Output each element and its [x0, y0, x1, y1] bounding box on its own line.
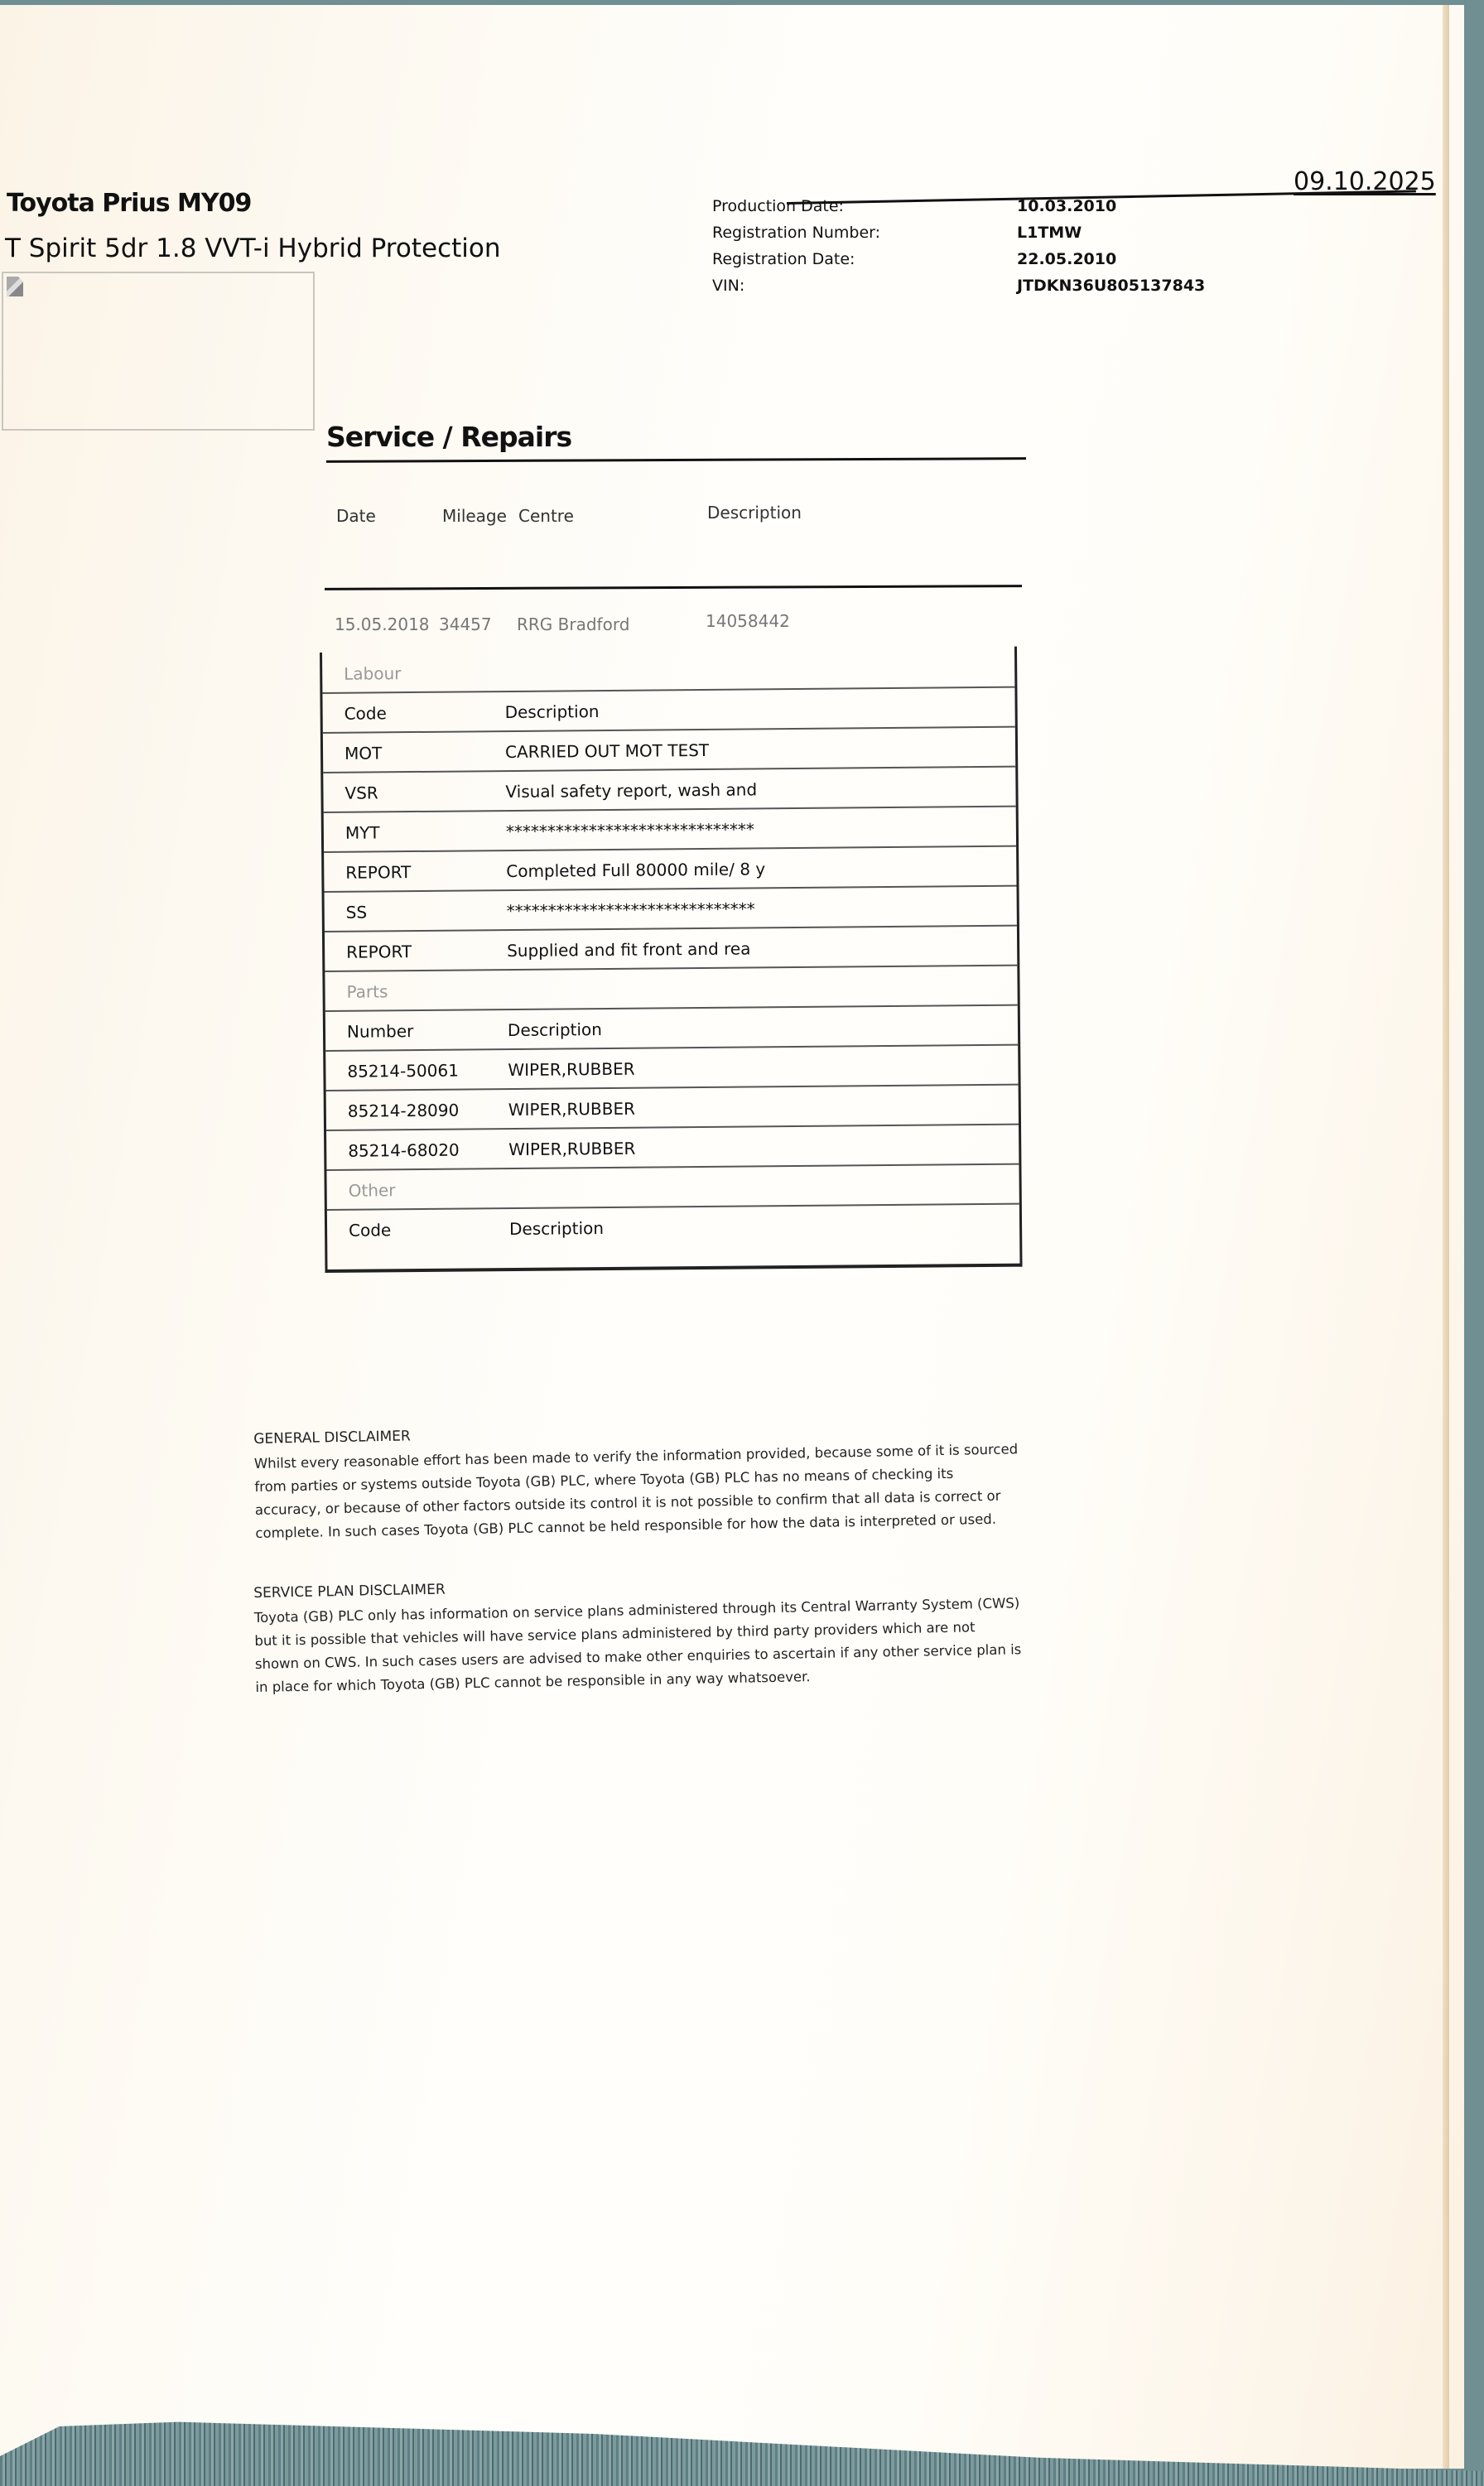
info-value: L1TMW	[1017, 219, 1082, 246]
other-header-row: Code Description	[327, 1203, 1019, 1249]
broken-image-icon	[7, 277, 23, 296]
divider	[326, 457, 1026, 463]
vehicle-image-placeholder	[2, 272, 315, 431]
divider	[325, 585, 1022, 590]
col-mileage: Mileage	[442, 506, 507, 526]
service-plan-disclaimer: SERVICE PLAN DISCLAIMER Toyota (GB) PLC …	[253, 1567, 1051, 1699]
info-value: 22.05.2010	[1017, 246, 1116, 272]
section-title: Service / Repairs	[326, 421, 571, 453]
document-page: Toyota Prius MY09 T Spirit 5dr 1.8 VVT-i…	[0, 5, 1464, 2469]
vehicle-info: Production Date: 10.03.2010 Registration…	[712, 193, 1205, 299]
vehicle-subtitle: T Spirit 5dr 1.8 VVT-i Hybrid Protection	[5, 234, 501, 263]
entry-description: 14058442	[706, 611, 790, 631]
paper-edge	[1443, 5, 1449, 2469]
info-value: 10.03.2010	[1017, 193, 1116, 219]
info-registration-number: Registration Number: L1TMW	[712, 219, 1205, 246]
info-label: Registration Date:	[712, 246, 1017, 272]
col-description: Description	[707, 503, 802, 523]
info-label: VIN:	[712, 272, 1017, 299]
info-label: Production Date:	[712, 193, 1017, 219]
general-disclaimer: GENERAL DISCLAIMER Whilst every reasonab…	[253, 1413, 1051, 1545]
vehicle-title: Toyota Prius MY09	[7, 189, 251, 218]
info-registration-date: Registration Date: 22.05.2010	[712, 246, 1205, 272]
entry-mileage: 34457	[439, 614, 492, 634]
entry-date: 15.05.2018	[335, 614, 430, 634]
service-detail-table: Labour Code Description MOT CARRIED OUT …	[320, 647, 1023, 1273]
info-production-date: Production Date: 10.03.2010	[712, 193, 1205, 219]
info-value: JTDKN36U805137843	[1017, 272, 1205, 299]
col-date: Date	[336, 506, 376, 526]
col-centre: Centre	[518, 506, 574, 526]
info-label: Registration Number:	[712, 219, 1017, 246]
entry-centre: RRG Bradford	[517, 614, 629, 634]
info-vin: VIN: JTDKN36U805137843	[712, 272, 1205, 299]
